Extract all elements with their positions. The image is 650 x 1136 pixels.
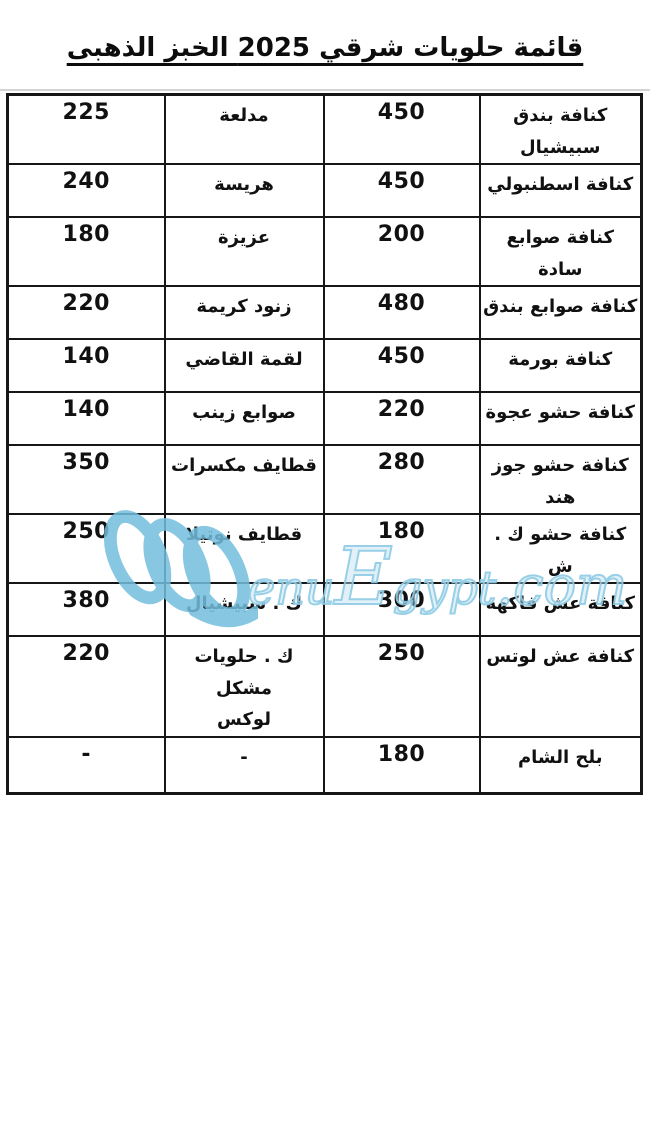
price-cell-right: 280	[324, 445, 480, 514]
table-row: 140 صوابع زينب 220 كنافة حشو عجوة	[8, 392, 642, 445]
price-cell-right: 180	[324, 737, 480, 794]
item-cell-left: زنود كريمة	[165, 286, 324, 339]
price-cell-right: 180	[324, 514, 480, 583]
price-cell-right: 480	[324, 286, 480, 339]
item-cell-left: لقمة القاضي	[165, 339, 324, 392]
price-cell-right: 200	[324, 217, 480, 286]
price-cell-left: 240	[8, 164, 165, 217]
menu-price-table: 225 مدلعة 450 كنافة بندق سبيشيال 240 هري…	[6, 93, 643, 795]
table-row: 240 هريسة 450 كنافة اسطنبولي	[8, 164, 642, 217]
item-cell-left: هريسة	[165, 164, 324, 217]
item-cell-left: عزيزة	[165, 217, 324, 286]
item-cell-right: بلح الشام	[480, 737, 642, 794]
table-row: - - 180 بلح الشام	[8, 737, 642, 794]
price-cell-right: 450	[324, 164, 480, 217]
page-title: قائمة حلويات شرقي 2025 الخبز الذهبى	[0, 33, 650, 63]
item-cell-right: كنافة بندق سبيشيال	[480, 95, 642, 165]
item-cell-right: كنافة حشو عجوة	[480, 392, 642, 445]
table-row: 140 لقمة القاضي 450 كنافة بورمة	[8, 339, 642, 392]
item-cell-left: صوابع زينب	[165, 392, 324, 445]
table-row: 380 ك . سبيشيال 300 كنافة عش فاكهه	[8, 583, 642, 636]
item-cell-right: كنافة حشو جوز هند	[480, 445, 642, 514]
table-row: 250 قطايف نوتيلا 180 كنافة حشو ك . ش	[8, 514, 642, 583]
price-cell-right: 450	[324, 95, 480, 165]
item-cell-left: قطايف مكسرات	[165, 445, 324, 514]
price-cell-left: 180	[8, 217, 165, 286]
item-cell-right: كنافة صوابع سادة	[480, 217, 642, 286]
price-cell-left: 350	[8, 445, 165, 514]
price-cell-left: 220	[8, 636, 165, 737]
item-cell-right: كنافة عش فاكهه	[480, 583, 642, 636]
price-cell-left: 220	[8, 286, 165, 339]
price-cell-left: 225	[8, 95, 165, 165]
item-cell-left: ك . سبيشيال	[165, 583, 324, 636]
item-cell-right: كنافة حشو ك . ش	[480, 514, 642, 583]
item-cell-left: مدلعة	[165, 95, 324, 165]
item-cell-right: كنافة صوابع بندق	[480, 286, 642, 339]
table-row: 350 قطايف مكسرات 280 كنافة حشو جوز هند	[8, 445, 642, 514]
item-cell-left: ك . حلويات مشكل لوكس	[165, 636, 324, 737]
price-cell-left: 140	[8, 392, 165, 445]
price-cell-right: 450	[324, 339, 480, 392]
item-cell-right: كنافة بورمة	[480, 339, 642, 392]
price-cell-left: 140	[8, 339, 165, 392]
item-cell-right: كنافة عش لوتس	[480, 636, 642, 737]
scan-divider-line	[0, 89, 650, 91]
table-row: 220 ك . حلويات مشكل لوكس 250 كنافة عش لو…	[8, 636, 642, 737]
table-row: 220 زنود كريمة 480 كنافة صوابع بندق	[8, 286, 642, 339]
price-cell-left: -	[8, 737, 165, 794]
item-cell-right: كنافة اسطنبولي	[480, 164, 642, 217]
item-cell-left: قطايف نوتيلا	[165, 514, 324, 583]
table-row: 180 عزيزة 200 كنافة صوابع سادة	[8, 217, 642, 286]
item-cell-left: -	[165, 737, 324, 794]
price-cell-right: 300	[324, 583, 480, 636]
price-cell-right: 250	[324, 636, 480, 737]
table-row: 225 مدلعة 450 كنافة بندق سبيشيال	[8, 95, 642, 165]
price-cell-right: 220	[324, 392, 480, 445]
price-cell-left: 380	[8, 583, 165, 636]
price-cell-left: 250	[8, 514, 165, 583]
